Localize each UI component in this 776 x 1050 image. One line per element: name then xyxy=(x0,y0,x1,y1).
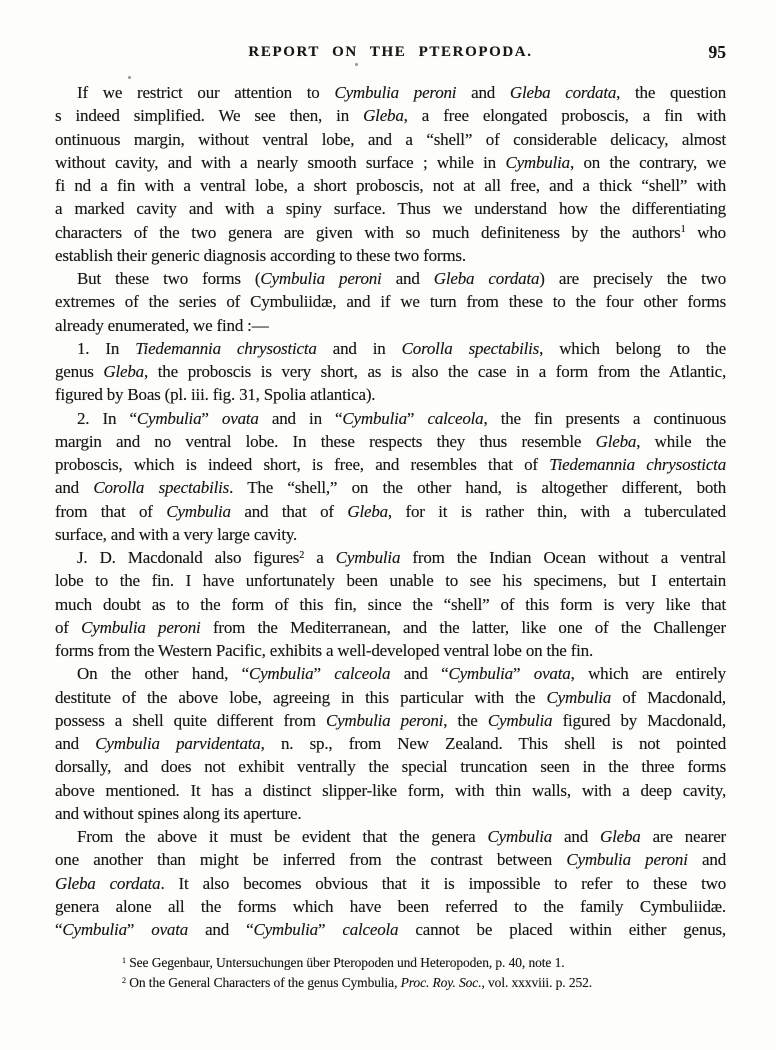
paragraph-line: If we restrict our attention to Cymbulia… xyxy=(55,81,726,104)
italic-text: Cymbulia peroni xyxy=(81,618,200,637)
paragraph-line: much doubt as to the form of this fin, s… xyxy=(55,593,726,616)
paragraph-line: “Cymbulia” ovata and “Cymbulia” calceola… xyxy=(55,918,726,941)
paragraph-line: of Cymbulia peroni from the Mediterranea… xyxy=(55,616,726,639)
italic-text: Tiedemannia chrysosticta xyxy=(549,455,726,474)
paragraph-line: above mentioned. It has a distinct slipp… xyxy=(55,779,726,802)
paragraph-line: margin and no ventral lobe. In these res… xyxy=(55,430,726,453)
text-run: , n. sp., from New Zealand. This shell i… xyxy=(261,734,726,753)
running-head: REPORT ON THE PTEROPODA. 95 xyxy=(55,44,726,66)
text-run: , the question xyxy=(616,83,726,102)
paragraph-line: destitute of the above lobe, agreeing in… xyxy=(55,686,726,709)
italic-text: Cymbulia xyxy=(488,827,553,846)
text-run: and that of xyxy=(231,502,348,521)
text-run: proboscis, which is indeed short, is fre… xyxy=(55,455,549,474)
italic-text: Gleba xyxy=(596,432,637,451)
paragraph-line: J. D. Macdonald also figures2 a Cymbulia… xyxy=(55,546,726,569)
text-run: extremes of the series of Cymbuliidæ, an… xyxy=(55,292,726,311)
text-run: figured by Boas (pl. iii. fig. 31, Spoli… xyxy=(55,385,375,404)
text-run: from the Mediterranean, and the latter, … xyxy=(201,618,726,637)
text-run: destitute of the above lobe, agreeing in… xyxy=(55,688,547,707)
italic-text: Cymbulia xyxy=(547,688,612,707)
text-run: of xyxy=(55,618,81,637)
paragraph-line: one another than might be inferred from … xyxy=(55,848,726,871)
italic-text: Gleba cordata xyxy=(434,269,540,288)
italic-text: Cymbulia xyxy=(166,502,231,521)
italic-text: Cymbulia xyxy=(62,920,127,939)
text-run: from that of xyxy=(55,502,166,521)
italic-text: Proc. Roy. Soc. xyxy=(401,975,482,990)
paragraph-line: lobe to the fin. I have unfortunately be… xyxy=(55,569,726,592)
italic-text: calceola xyxy=(427,409,483,428)
paragraph-line: extremes of the series of Cymbuliidæ, an… xyxy=(55,290,726,313)
text-run: . It also becomes obvious that it is imp… xyxy=(160,874,726,893)
italic-text: calceola xyxy=(342,920,398,939)
text-run: and xyxy=(552,827,600,846)
text-run: 2. In “ xyxy=(77,409,137,428)
italic-text: Cymbulia xyxy=(253,920,318,939)
text-run: ” xyxy=(318,920,342,939)
italic-text: ovata xyxy=(534,664,571,683)
italic-text: Cymbulia xyxy=(336,548,401,567)
text-run: dorsally, and does not exhibit ventrally… xyxy=(55,757,726,776)
text-run: , for it is rather thin, with a tubercul… xyxy=(388,502,726,521)
footnote-line: 2 On the General Characters of the genus… xyxy=(122,973,726,993)
text-run: ) are precisely the two xyxy=(539,269,726,288)
text-run: and “ xyxy=(390,664,448,683)
text-run: cannot be placed within either genus, xyxy=(398,920,726,939)
text-run: , while the xyxy=(636,432,726,451)
paragraph-line: from that of Cymbulia and that of Gleba,… xyxy=(55,500,726,523)
text-run: are nearer xyxy=(641,827,726,846)
italic-text: ovata xyxy=(222,409,259,428)
text-run: and without spines along its aperture. xyxy=(55,804,301,823)
text-run: , a free elongated proboscis, a fin with xyxy=(404,106,726,125)
italic-text: Cymbulia peroni xyxy=(260,269,381,288)
italic-text: Tiedemannia chrysosticta xyxy=(135,339,316,358)
paragraph-line: From the above it must be evident that t… xyxy=(55,825,726,848)
text-run: and xyxy=(55,734,95,753)
text-run: figured by Macdonald, xyxy=(552,711,726,730)
italic-text: Cymbulia xyxy=(137,409,202,428)
text-run: See Gegenbaur, Untersuchungen über Ptero… xyxy=(126,955,565,970)
text-run: much doubt as to the form of this fin, s… xyxy=(55,595,726,614)
text-run: margin and no ventral lobe. In these res… xyxy=(55,432,596,451)
paragraph-line: already enumerated, we find :— xyxy=(55,314,726,337)
paragraph-line: proboscis, which is indeed short, is fre… xyxy=(55,453,726,476)
scanned-book-page: REPORT ON THE PTEROPODA. 95 If we restri… xyxy=(0,0,776,1050)
text-run: , on the contrary, we xyxy=(570,153,726,172)
scan-speck xyxy=(128,76,131,79)
footnote-marker: 1 xyxy=(122,956,126,965)
text-run: who xyxy=(686,223,727,242)
footnote-marker: 1 xyxy=(681,224,686,235)
text-run: ” xyxy=(127,920,151,939)
page-body: If we restrict our attention to Cymbulia… xyxy=(55,81,726,941)
italic-text: Cymbulia xyxy=(342,409,407,428)
paragraph-line: possess a shell quite different from Cym… xyxy=(55,709,726,732)
paragraph-line: characters of the two genera are given w… xyxy=(55,221,726,244)
text-run: already enumerated, we find :— xyxy=(55,316,269,335)
paragraph-line: ontinuous margin, without ventral lobe, … xyxy=(55,128,726,151)
text-run: surface, and with a very large cavity. xyxy=(55,525,297,544)
text-run: forms from the Western Pacific, exhibits… xyxy=(55,641,593,660)
text-run: lobe to the fin. I have unfortunately be… xyxy=(55,571,726,590)
text-run: , the xyxy=(443,711,488,730)
text-run: fi nd a fin with a ventral lobe, a short… xyxy=(55,176,726,195)
text-run: ontinuous margin, without ventral lobe, … xyxy=(55,130,726,149)
text-run: , vol. xxxviii. p. 252. xyxy=(481,975,592,990)
italic-text: Cymbulia xyxy=(249,664,314,683)
text-run: and in xyxy=(317,339,402,358)
text-run: and in “ xyxy=(259,409,343,428)
italic-text: Cymbulia xyxy=(448,664,513,683)
text-run: s indeed simplified. We see then, in xyxy=(55,106,363,125)
page-number: 95 xyxy=(709,42,727,63)
paragraph-line: without cavity, and with a nearly smooth… xyxy=(55,151,726,174)
text-run: From the above it must be evident that t… xyxy=(77,827,488,846)
text-run: and xyxy=(456,83,510,102)
italic-text: Cymbulia xyxy=(488,711,553,730)
text-run: of Macdonald, xyxy=(611,688,726,707)
text-run: a marked cavity and with a spiny surface… xyxy=(55,199,726,218)
paragraph-line: forms from the Western Pacific, exhibits… xyxy=(55,639,726,662)
text-run: , which are entirely xyxy=(571,664,726,683)
text-run: ” xyxy=(201,409,222,428)
italic-text: Gleba xyxy=(363,106,404,125)
footnotes: 1 See Gegenbaur, Untersuchungen über Pte… xyxy=(122,953,726,993)
italic-text: Cymbulia peroni xyxy=(566,850,687,869)
paragraph-line: fi nd a fin with a ventral lobe, a short… xyxy=(55,174,726,197)
text-run: J. D. Macdonald also figures xyxy=(77,548,299,567)
paragraph-line: establish their generic diagnosis accord… xyxy=(55,244,726,267)
italic-text: Cymbulia peroni xyxy=(334,83,456,102)
italic-text: Cymbulia xyxy=(505,153,570,172)
text-run: genus xyxy=(55,362,103,381)
paragraph-line: Gleba cordata. It also becomes obvious t… xyxy=(55,872,726,895)
paragraph-line: and Cymbulia parvidentata, n. sp., from … xyxy=(55,732,726,755)
paragraph-line: s indeed simplified. We see then, in Gle… xyxy=(55,104,726,127)
italic-text: Cymbulia peroni xyxy=(326,711,443,730)
text-run: a xyxy=(304,548,336,567)
page-header-title: REPORT ON THE PTEROPODA. xyxy=(55,44,726,61)
text-run: possess a shell quite different from xyxy=(55,711,326,730)
paragraph-line: and Corolla spectabilis. The “shell,” on… xyxy=(55,476,726,499)
italic-text: Corolla spectabilis xyxy=(93,478,229,497)
italic-text: Gleba cordata xyxy=(510,83,616,102)
paragraph-line: a marked cavity and with a spiny surface… xyxy=(55,197,726,220)
text-run: one another than might be inferred from … xyxy=(55,850,566,869)
paragraph-line: figured by Boas (pl. iii. fig. 31, Spoli… xyxy=(55,383,726,406)
text-run: ” xyxy=(513,664,534,683)
text-run: and “ xyxy=(188,920,253,939)
paragraph-line: dorsally, and does not exhibit ventrally… xyxy=(55,755,726,778)
scan-speck xyxy=(355,63,358,66)
italic-text: Cymbulia parvidentata xyxy=(95,734,260,753)
text-run: If we restrict our attention to xyxy=(77,83,334,102)
text-run: ” xyxy=(313,664,334,683)
paragraph-line: genera alone all the forms which have be… xyxy=(55,895,726,918)
italic-text: Gleba cordata xyxy=(55,874,160,893)
paragraph-line: 1. In Tiedemannia chrysosticta and in Co… xyxy=(55,337,726,360)
text-run: , which belong to the xyxy=(539,339,726,358)
paragraph-line: On the other hand, “Cymbulia” calceola a… xyxy=(55,662,726,685)
italic-text: Corolla spectabilis xyxy=(402,339,539,358)
text-run: On the General Characters of the genus C… xyxy=(126,975,401,990)
italic-text: Gleba xyxy=(347,502,388,521)
paragraph-line: surface, and with a very large cavity. xyxy=(55,523,726,546)
text-run: without cavity, and with a nearly smooth… xyxy=(55,153,505,172)
text-run: and xyxy=(688,850,726,869)
footnote-marker: 2 xyxy=(122,976,126,985)
text-run: But these two forms ( xyxy=(77,269,260,288)
footnote-line: 1 See Gegenbaur, Untersuchungen über Pte… xyxy=(122,953,726,973)
text-run: and xyxy=(382,269,434,288)
text-run: ” xyxy=(407,409,428,428)
paragraph-line: and without spines along its aperture. xyxy=(55,802,726,825)
paragraph-line: But these two forms (Cymbulia peroni and… xyxy=(55,267,726,290)
text-run: , the fin presents a continuous xyxy=(483,409,726,428)
text-run: from the Indian Ocean without a ventral xyxy=(400,548,726,567)
paragraph-line: 2. In “Cymbulia” ovata and in “Cymbulia”… xyxy=(55,407,726,430)
text-run: and xyxy=(55,478,93,497)
footnote-marker: 2 xyxy=(299,550,304,561)
italic-text: ovata xyxy=(151,920,188,939)
paragraph-line: genus Gleba, the proboscis is very short… xyxy=(55,360,726,383)
text-run: characters of the two genera are given w… xyxy=(55,223,681,242)
text-run: 1. In xyxy=(77,339,135,358)
text-run: . The “shell,” on the other hand, is alt… xyxy=(229,478,726,497)
italic-text: Gleba xyxy=(600,827,641,846)
text-run: above mentioned. It has a distinct slipp… xyxy=(55,781,726,800)
text-run: , the proboscis is very short, as is als… xyxy=(144,362,726,381)
italic-text: calceola xyxy=(334,664,390,683)
text-run: On the other hand, “ xyxy=(77,664,249,683)
text-run: genera alone all the forms which have be… xyxy=(55,897,726,916)
italic-text: Gleba xyxy=(103,362,144,381)
text-run: establish their generic diagnosis accord… xyxy=(55,246,466,265)
